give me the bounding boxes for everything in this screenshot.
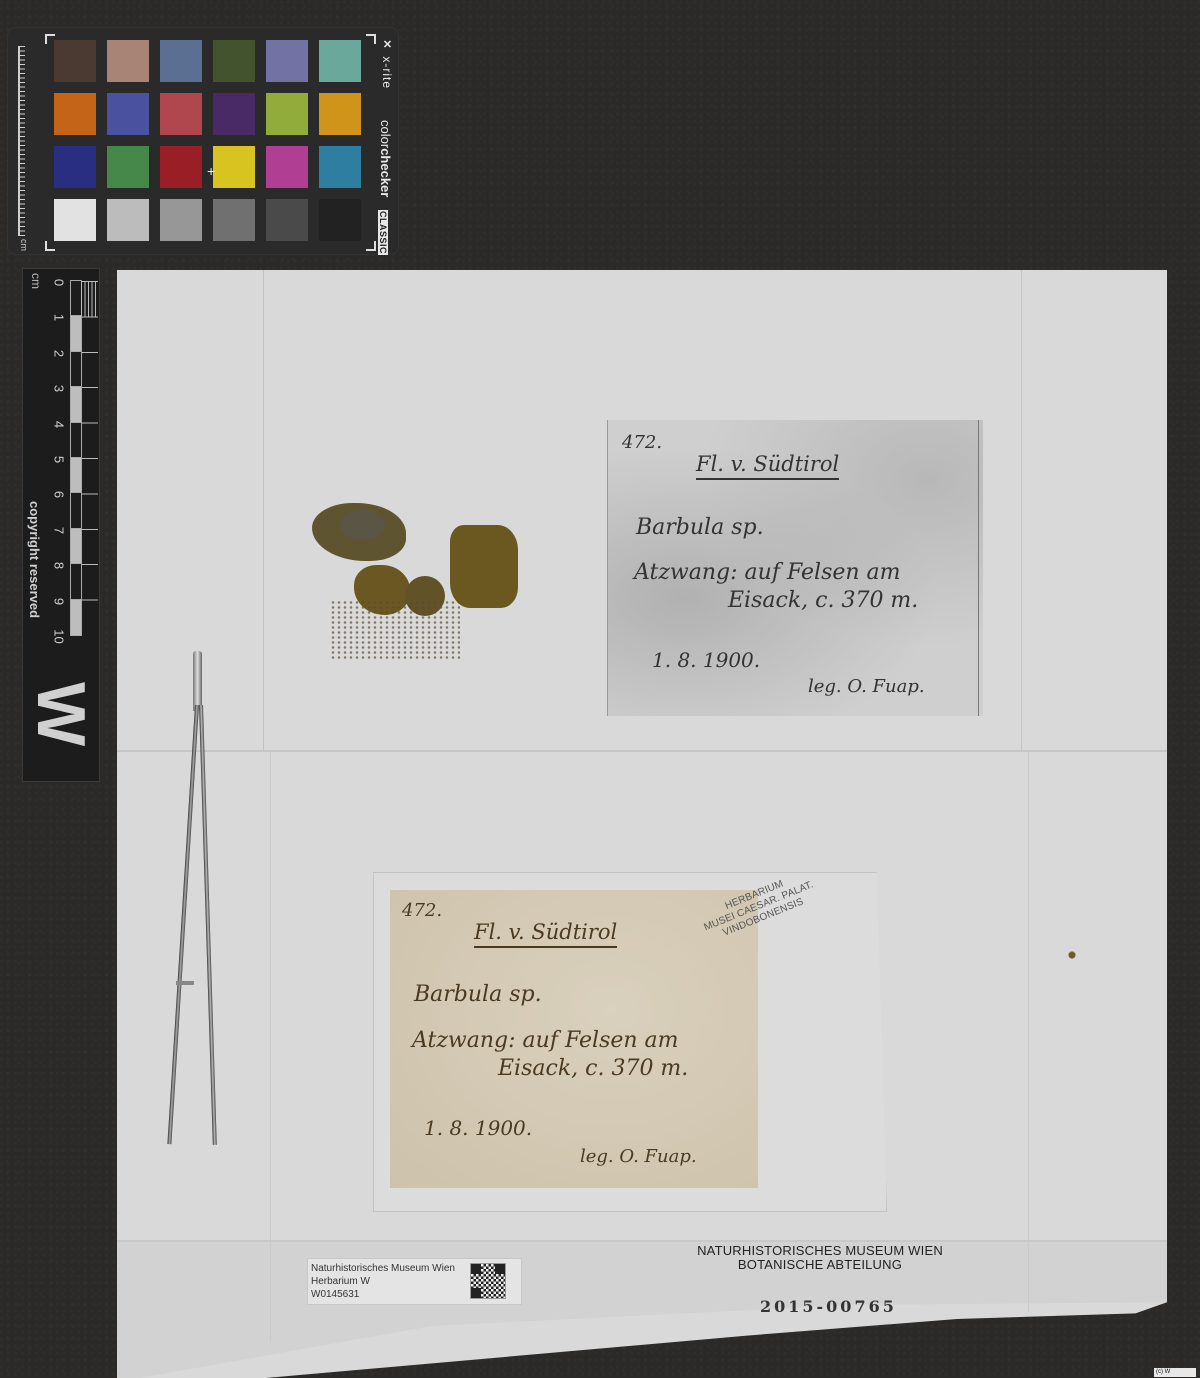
checker-mm-ruler: [18, 46, 30, 236]
scale-number: 4: [52, 416, 67, 432]
color-patch: [319, 93, 361, 135]
label-collector: leg. O. Fuap.: [580, 1146, 697, 1167]
scale-blocks: [71, 281, 81, 635]
color-patch: [160, 93, 202, 135]
scale-number: 9: [52, 593, 67, 609]
scale-block: [71, 387, 81, 422]
color-patch: [319, 199, 361, 241]
scale-block: [71, 423, 81, 458]
scale-number: 1: [52, 310, 67, 326]
museum-department: BOTANISCHE ABTEILUNG: [680, 1258, 960, 1272]
color-patch: [266, 146, 308, 188]
tweezers-handle: [193, 651, 202, 711]
label-locality-1: Atzwang: auf Felsen am: [634, 560, 901, 585]
museum-name: NATURHISTORISCHES MUSEUM WIEN: [680, 1244, 960, 1258]
fold-line: [117, 750, 1167, 752]
barcode-label: Naturhistorisches Museum Wien Herbarium …: [307, 1258, 522, 1305]
label-date: 1. 8. 1900.: [424, 1116, 532, 1140]
color-patch: [266, 40, 308, 82]
fold-line: [1021, 270, 1022, 750]
tweezers-mark: [176, 981, 194, 985]
label-date: 1. 8. 1900.: [652, 648, 760, 672]
scale-ticks: [81, 281, 98, 635]
museum-header: NATURHISTORISCHES MUSEUM WIEN BOTANISCHE…: [680, 1244, 960, 1272]
scale-fine-ticks: [81, 281, 97, 317]
label-locality-1: Atzwang: auf Felsen am: [412, 1028, 679, 1053]
brand-text: x-rite: [380, 56, 394, 89]
scale-block: [71, 564, 81, 599]
color-patch-grid: [54, 40, 374, 245]
scale-block: [71, 352, 81, 387]
color-patch: [213, 146, 255, 188]
fold-line: [1028, 752, 1029, 1312]
qr-code-icon: [470, 1263, 506, 1299]
scale-number: 8: [52, 558, 67, 574]
label-locality-2: Eisack, c. 370 m.: [498, 1056, 688, 1081]
scale-block: [71, 458, 81, 493]
barcode-id: W0145631: [311, 1289, 359, 1300]
scale-block: [71, 281, 81, 316]
label-edge: [978, 420, 979, 716]
scale-block: [71, 316, 81, 351]
color-patch: [107, 40, 149, 82]
color-patch: [213, 40, 255, 82]
original-label: 472. Fl. v. Südtirol Barbula sp. Atzwang…: [390, 890, 758, 1188]
color-patch: [107, 199, 149, 241]
color-patch: [213, 93, 255, 135]
scale-unit: cm: [29, 273, 43, 289]
color-patch: [54, 40, 96, 82]
scale-number: 2: [52, 345, 67, 361]
classic-badge: CLASSIC: [378, 210, 388, 255]
color-patch: [54, 93, 96, 135]
label-taxon: Barbula sp.: [414, 982, 542, 1007]
copyright-text: copyright reserved: [27, 501, 42, 618]
copyright-watermark: (c) W: [1154, 1368, 1196, 1377]
photocopy-label: 472. Fl. v. Südtirol Barbula sp. Atzwang…: [607, 420, 983, 716]
crosshair-icon: +: [207, 164, 215, 178]
product-bold: checker: [378, 148, 393, 197]
scale-number: 3: [52, 381, 67, 397]
scale-number: 6: [52, 487, 67, 503]
scale-block: [71, 600, 81, 635]
label-collector: leg. O. Fuap.: [808, 676, 925, 697]
scale-number: 7: [52, 522, 67, 538]
label-taxon: Barbula sp.: [636, 515, 764, 540]
label-title: Fl. v. Südtirol: [696, 452, 839, 480]
xrite-x-icon: ✕: [381, 38, 393, 52]
xrite-logo: ✕ x-rite: [380, 38, 394, 89]
barcode-herbarium: Herbarium W: [311, 1276, 370, 1287]
color-patch: [319, 146, 361, 188]
scale-number: 0: [52, 275, 67, 291]
color-patch: [213, 199, 255, 241]
color-patch: [266, 199, 308, 241]
barcode-institution: Naturhistorisches Museum Wien: [311, 1263, 455, 1274]
accession-number: 2015-00765: [760, 1297, 897, 1316]
scale-number: 5: [52, 452, 67, 468]
color-patch: [54, 199, 96, 241]
color-patch: [107, 146, 149, 188]
color-patch: [160, 146, 202, 188]
product-name: colorchecker: [378, 120, 393, 197]
fold-line: [270, 752, 271, 1342]
label-title: Fl. v. Südtirol: [474, 920, 617, 948]
fold-line: [263, 270, 264, 750]
scale-block: [71, 493, 81, 528]
color-patch: [266, 93, 308, 135]
scale-block: [71, 529, 81, 564]
color-patch: [160, 199, 202, 241]
scale-bar: cm 012345678910 copyright reserved W: [22, 268, 100, 782]
color-patch: [54, 146, 96, 188]
fold-line: [117, 1240, 1167, 1242]
moss-specimen-fragment: [340, 510, 385, 540]
color-checker-card: cm + ✕ x-rite colorchecker CLASSIC: [8, 28, 398, 254]
color-patch: [160, 40, 202, 82]
label-locality-2: Eisack, c. 370 m.: [728, 588, 918, 613]
color-patch: [319, 40, 361, 82]
label-number: 472.: [622, 432, 662, 453]
color-patch: [107, 93, 149, 135]
specimen-debris: [330, 600, 460, 660]
label-number: 472.: [402, 900, 442, 921]
moss-specimen-fragment: [450, 525, 518, 608]
specimen-debris: [1065, 948, 1079, 962]
herbarium-w-logo: W: [29, 674, 93, 754]
product-light: color: [378, 120, 393, 148]
scale-number: 10: [52, 629, 67, 645]
checker-ruler-unit: cm: [19, 239, 29, 251]
